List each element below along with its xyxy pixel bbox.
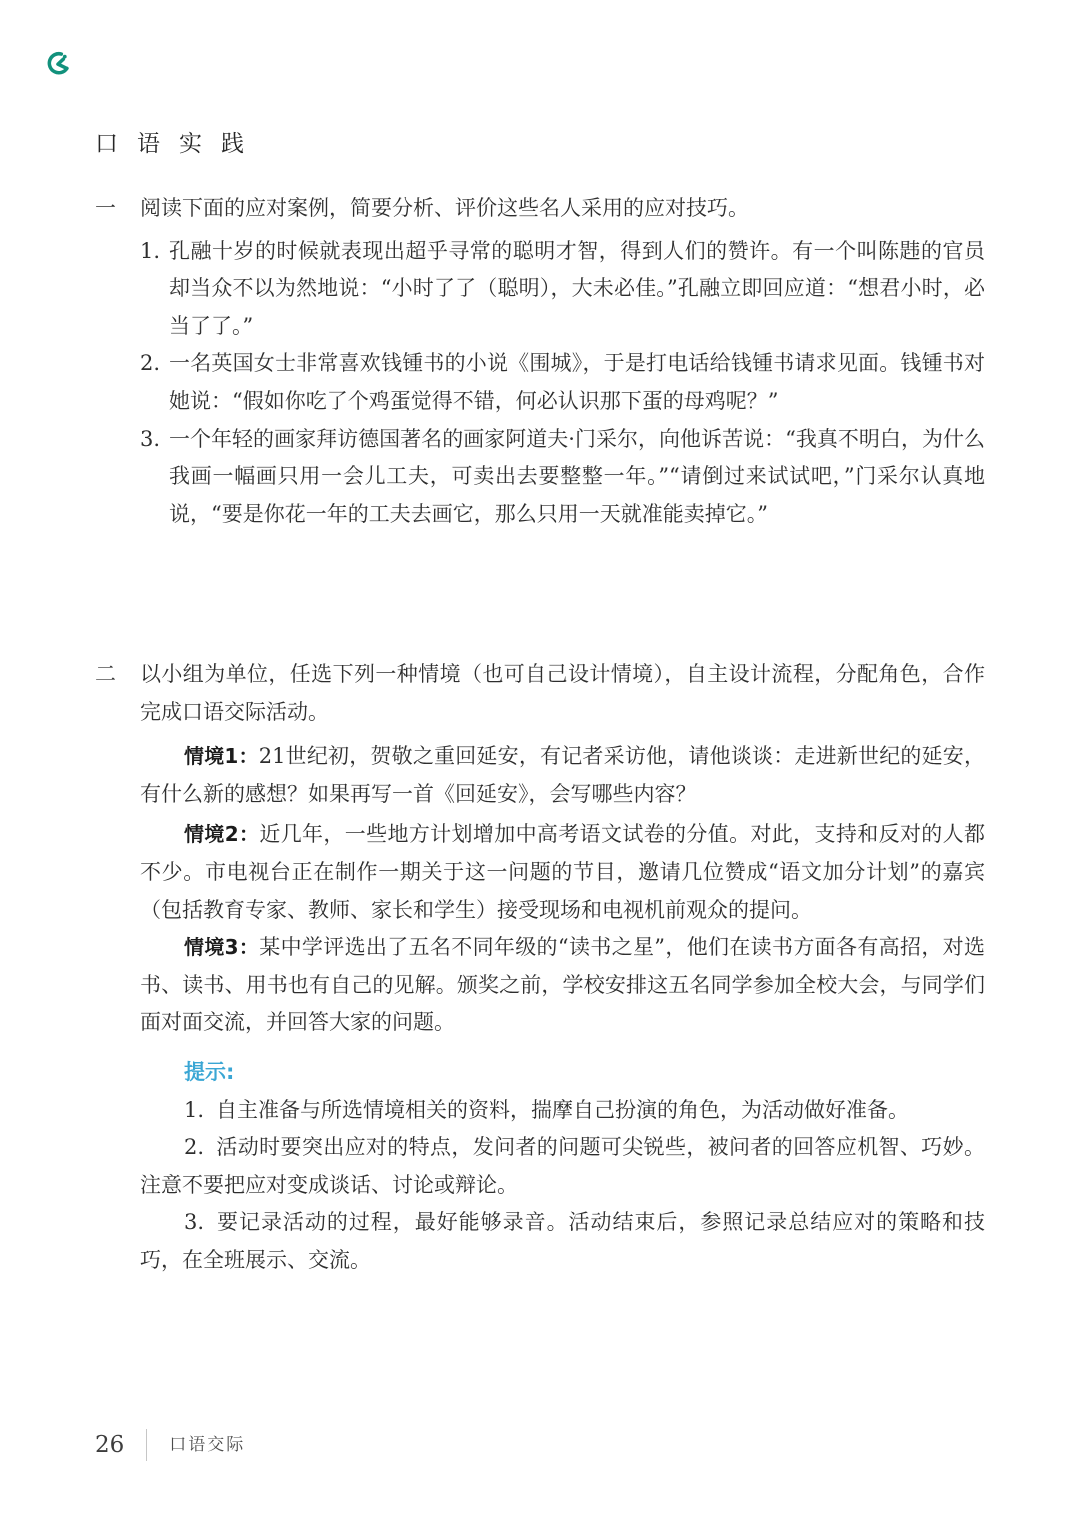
scenario-1: 情境1：21世纪初，贺敬之重回延安，有记者采访他，请他谈谈：走进新世纪的延安，有… (140, 738, 985, 813)
hint-heading: 提示: (140, 1054, 985, 1092)
page-title: 口语实践 (95, 129, 263, 159)
section-two-intro: 以小组为单位，任选下列一种情境（也可自己设计情境），自主设计流程，分配角色，合作… (140, 656, 985, 731)
tip-1-text: 自主准备与所选情境相关的资料，揣摩自己扮演的角色，为活动做好准备。 (216, 1098, 909, 1122)
case-text: 一个年轻的画家拜访德国著名的画家阿道夫·门采尔，向他诉苦说：“我真不明白，为什么… (169, 421, 985, 534)
scenario-3: 情境3：某中学评选出了五名不同年级的“读书之星”，他们在读书方面各有高招，对选书… (140, 929, 985, 1042)
tip-2-number: 2. (184, 1135, 204, 1159)
scenario-2: 情境2：近几年，一些地方计划增加中高考语文试卷的分值。对此，支持和反对的人都不少… (140, 816, 985, 929)
section-two: 二 以小组为单位，任选下列一种情境（也可自己设计情境），自主设计流程，分配角色，… (95, 656, 985, 1280)
case-number: 1. (140, 233, 169, 346)
scenario-3-label: 情境3： (184, 935, 259, 959)
tip-3-number: 3. (184, 1210, 204, 1234)
page-footer: 26 口语交际 (95, 1428, 245, 1462)
tip-1-number: 1. (184, 1098, 204, 1122)
tip-2: 2.活动时要突出应对的特点，发问者的问题可尖锐些，被问者的回答应机智、巧妙。注意… (140, 1129, 985, 1204)
case-number: 2. (140, 345, 169, 420)
section-two-marker: 二 (95, 656, 140, 694)
footer-divider (146, 1429, 147, 1461)
page-number: 26 (95, 1428, 124, 1462)
section-one-marker: 一 (95, 190, 140, 228)
scenario-2-text: 近几年，一些地方计划增加中高考语文试卷的分值。对此，支持和反对的人都不少。市电视… (140, 822, 985, 921)
case-text: 孔融十岁的时候就表现出超乎寻常的聪明才智，得到人们的赞许。有一个叫陈韪的官员却当… (169, 233, 985, 346)
section-one-intro: 阅读下面的应对案例，简要分析、评价这些名人采用的应对技巧。 (140, 190, 985, 228)
tip-3-text: 要记录活动的过程，最好能够录音。活动结束后，参照记录总结应对的策略和技巧，在全班… (140, 1210, 985, 1272)
publisher-logo-icon (45, 49, 73, 77)
scenario-1-label: 情境1： (184, 744, 259, 768)
section-one: 一 阅读下面的应对案例，简要分析、评价这些名人采用的应对技巧。 1. 孔融十岁的… (95, 190, 985, 533)
scenario-2-label: 情境2： (184, 822, 259, 846)
tip-1: 1.自主准备与所选情境相关的资料，揣摩自己扮演的角色，为活动做好准备。 (140, 1092, 985, 1130)
scenario-1-text: 21世纪初，贺敬之重回延安，有记者采访他，请他谈谈：走进新世纪的延安，有什么新的… (140, 744, 985, 806)
tip-3: 3.要记录活动的过程，最好能够录音。活动结束后，参照记录总结应对的策略和技巧，在… (140, 1204, 985, 1279)
case-text: 一名英国女士非常喜欢钱锺书的小说《围城》，于是打电话给钱锺书请求见面。钱锺书对她… (169, 345, 985, 420)
case-item-3: 3. 一个年轻的画家拜访德国著名的画家阿道夫·门采尔，向他诉苦说：“我真不明白，… (140, 421, 985, 534)
chapter-label: 口语交际 (169, 1428, 245, 1462)
textbook-page: 口语实践 一 阅读下面的应对案例，简要分析、评价这些名人采用的应对技巧。 1. … (0, 0, 1080, 1526)
case-item-2: 2. 一名英国女士非常喜欢钱锺书的小说《围城》，于是打电话给钱锺书请求见面。钱锺… (140, 345, 985, 420)
case-list: 1. 孔融十岁的时候就表现出超乎寻常的聪明才智，得到人们的赞许。有一个叫陈韪的官… (140, 233, 985, 534)
case-item-1: 1. 孔融十岁的时候就表现出超乎寻常的聪明才智，得到人们的赞许。有一个叫陈韪的官… (140, 233, 985, 346)
scenario-3-text: 某中学评选出了五名不同年级的“读书之星”，他们在读书方面各有高招，对选书、读书、… (140, 935, 985, 1034)
tip-2-text: 活动时要突出应对的特点，发问者的问题可尖锐些，被问者的回答应机智、巧妙。注意不要… (140, 1135, 985, 1197)
case-number: 3. (140, 421, 169, 534)
section-one-body: 阅读下面的应对案例，简要分析、评价这些名人采用的应对技巧。 1. 孔融十岁的时候… (140, 190, 985, 533)
